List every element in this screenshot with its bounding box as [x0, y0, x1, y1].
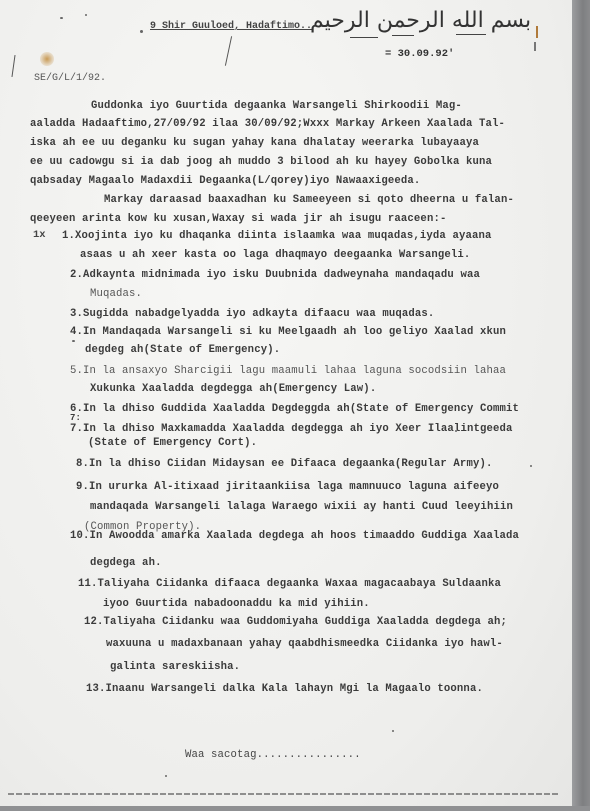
item-13-line: 13.Inaanu Warsangeli dalka Kala lahayn M… — [86, 682, 483, 696]
item-number: 3. — [70, 308, 83, 320]
item-12-line: galinta sareskiisha. — [110, 660, 240, 674]
margin-tick — [536, 26, 538, 38]
closing-line: Waa sacotag................ — [185, 748, 361, 762]
item-8-line: 8.In la dhiso Ciidan Midaysan ee Difaaca… — [76, 457, 492, 471]
item-text: In la dhiso Ciidan Midaysan ee Difaaca d… — [89, 458, 492, 470]
paragraph-line: qeeyeen arinta kow ku xusan,Waxay si wad… — [30, 212, 446, 226]
item-7-line: 7.In la dhiso Maxkamadda Xaaladda degdeg… — [70, 422, 513, 436]
arabic-underline — [392, 35, 414, 36]
item-6-line: 6.In la dhiso Guddida Xaaladda Degdeggda… — [70, 402, 519, 416]
item-11-line: 11.Taliyaha Ciidanka difaaca degaanka Wa… — [78, 577, 501, 591]
item-10-line: degdega ah. — [90, 556, 162, 570]
item-text: Xoojinta iyo ku dhaqanka diinta islaamka… — [75, 230, 491, 242]
item-number: 5. — [70, 365, 83, 377]
page-bottom-edge — [8, 793, 560, 795]
item-text: In ururka Al-itixaad jiritaankiisa laga … — [89, 481, 499, 493]
item-1-line: 1.Xoojinta iyo ku dhaqanka diinta islaam… — [62, 229, 491, 243]
speck — [60, 17, 63, 19]
scanner-edge-right — [572, 0, 590, 811]
arabic-basmala: بسم الله الرحمن الرحيم — [310, 8, 531, 33]
margin-tick — [534, 42, 536, 51]
item-4-line: degdeg ah(State of Emergency). — [85, 343, 280, 357]
speck — [85, 14, 87, 16]
item-text: In la dhiso Maxkamadda Xaaladda degdegga… — [83, 423, 512, 435]
item-number: 7. — [70, 423, 83, 435]
speck — [165, 775, 167, 777]
arabic-underline — [456, 34, 486, 35]
intro-line: aaladda Hadaaftimo,27/09/92 ilaa 30/09/9… — [30, 117, 505, 131]
scanner-edge-bottom — [0, 806, 590, 811]
item-text: Taliyaha Ciidanku waa Guddomiyaha Guddig… — [104, 616, 507, 628]
item-11-line: iyoo Guurtida nabadoonaddu ka mid yihiin… — [103, 597, 370, 611]
speck — [392, 730, 394, 732]
item-5-line: Xukunka Xaaladda degdegga ah(Emergency L… — [90, 382, 376, 396]
speck — [72, 340, 75, 342]
item-12-line: waxuuna u madaxbanaan yahay qaabdhismeed… — [106, 637, 503, 651]
item-3-line: 3.Sugidda nabadgelyadda iyo adkayta difa… — [70, 307, 434, 321]
document-date: = 30.09.92' — [385, 48, 454, 60]
item-number: 10. — [70, 530, 90, 542]
item-5-line: 5.In la ansaxyo Sharcigii lagu maamuli l… — [70, 364, 506, 378]
item-2-line: Muqadas. — [90, 287, 142, 301]
scanned-page: 9 Shir Guuloed, Hadaftimo.. بسم الله الر… — [0, 0, 572, 811]
office-heading: 9 Shir Guuloed, Hadaftimo.. — [150, 21, 312, 32]
item-text: In la ansaxyo Sharcigii lagu maamuli lah… — [83, 365, 506, 377]
intro-line: iska ah ee uu deganku ku sugan yahay kan… — [30, 136, 479, 150]
item-number: 4. — [70, 326, 83, 338]
item-12-line: 12.Taliyaha Ciidanku waa Guddomiyaha Gud… — [84, 615, 507, 629]
item-text: Inaanu Warsangeli dalka Kala lahayn Mgi … — [106, 683, 483, 695]
handwritten-stroke — [11, 55, 15, 77]
speck — [530, 465, 532, 467]
item-7-line: (State of Emergency Cort). — [88, 436, 257, 450]
item-2-line: 2.Adkaynta midnimada iyo isku Duubnida d… — [70, 268, 480, 282]
margin-marker: 1x — [33, 229, 46, 241]
item-9-line: mandaqada Warsangeli lalaga Waraego wixi… — [90, 500, 513, 514]
item-number: 12. — [84, 616, 104, 628]
intro-line: Guddonka iyo Guurtida degaanka Warsangel… — [91, 99, 462, 113]
item-number: 8. — [76, 458, 89, 470]
paragraph-line: Markay daraasad baaxadhan ku Sameeyeen s… — [104, 193, 514, 207]
speck — [140, 30, 143, 33]
handwritten-stroke — [225, 36, 232, 66]
item-1-line: asaas u ah xeer kasta oo laga dhaqmayo d… — [80, 248, 470, 262]
item-number: 9. — [76, 481, 89, 493]
arabic-underline — [350, 37, 378, 38]
item-number: 11. — [78, 578, 98, 590]
reference-number: SE/G/L/1/92. — [34, 73, 106, 84]
item-10-line: 10.In Awoodda amarka Xaalada degdega ah … — [70, 529, 519, 543]
item-text: In Awoodda amarka Xaalada degdega ah hoo… — [90, 530, 519, 542]
intro-line: ee uu cadowgu si ia dab joog ah muddo 3 … — [30, 155, 492, 169]
stain-mark — [40, 52, 54, 66]
intro-line: qabsaday Magaalo Madaxdii Degaanka(L/qor… — [30, 174, 420, 188]
item-text: Adkaynta midnimada iyo isku Duubnida dad… — [83, 269, 480, 281]
item-number: 2. — [70, 269, 83, 281]
item-9-line: 9.In ururka Al-itixaad jiritaankiisa lag… — [76, 480, 499, 494]
item-number: 13. — [86, 683, 106, 695]
item-text: Sugidda nabadgelyadda iyo adkayta difaac… — [83, 308, 434, 320]
item-4-line: 4.In Mandaqada Warsangeli si ku Meelgaad… — [70, 325, 506, 339]
item-text: In Mandaqada Warsangeli si ku Meelgaadh … — [83, 326, 506, 338]
item-text: In la dhiso Guddida Xaaladda Degdeggda a… — [83, 403, 519, 415]
item-text: Taliyaha Ciidanka difaaca degaanka Waxaa… — [98, 578, 501, 590]
item-number: 1. — [62, 230, 75, 242]
